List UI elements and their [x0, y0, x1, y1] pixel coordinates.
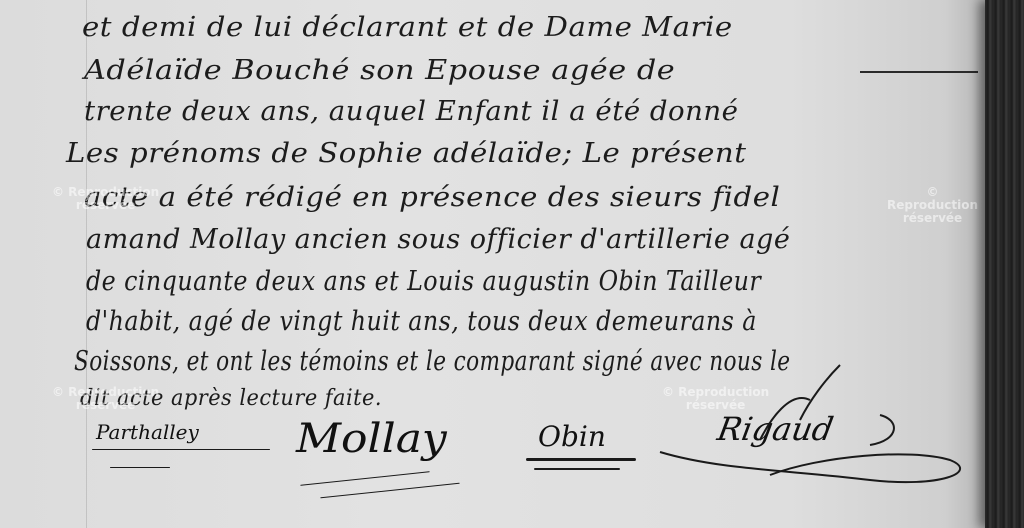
watermark: © Reproduction réservée	[880, 186, 985, 225]
document-page: et demi de lui déclarant et de Dame Mari…	[0, 0, 985, 528]
text-line-6: amand Mollay ancien sous officier d'arti…	[86, 224, 790, 255]
text-line-3: trente deux ans, auquel Enfant il a été …	[84, 96, 738, 127]
watermark-subtext: réservée	[880, 212, 985, 225]
signature-underline	[526, 458, 636, 461]
signature-flourish-icon	[640, 360, 980, 500]
signature-underline	[110, 467, 170, 468]
text-line-8: d'habit, agé de vingt huit ans, tous deu…	[86, 306, 757, 337]
book-binding	[985, 0, 1024, 528]
text-line-7: de cinquante deux ans et Louis augustin …	[86, 266, 761, 297]
watermark-text: © Reproduction	[880, 186, 985, 212]
signature-underline	[534, 468, 620, 470]
line-filler-dash	[860, 71, 978, 73]
watermark: © Reproduction réservée	[52, 186, 159, 212]
signature-flourish	[320, 483, 459, 499]
text-line-4: Les prénoms de Sophie adélaïde; Le prése…	[66, 138, 746, 169]
watermark-subtext: réservée	[52, 399, 159, 412]
text-line-2: Adélaïde Bouché son Epouse agée de	[84, 55, 675, 86]
watermark: © Reproduction réservée	[52, 386, 159, 412]
signature-mollay: Mollay	[296, 416, 447, 462]
watermark-subtext: réservée	[52, 199, 159, 212]
text-line-1: et demi de lui déclarant et de Dame Mari…	[82, 12, 733, 43]
signature-flourish	[300, 471, 429, 486]
signature-parthalley: Parthalley	[96, 420, 199, 444]
text-line-5: acte a été rédigé en présence des sieurs…	[84, 182, 780, 213]
signature-underline	[92, 449, 270, 450]
signature-obin: Obin	[538, 420, 606, 453]
